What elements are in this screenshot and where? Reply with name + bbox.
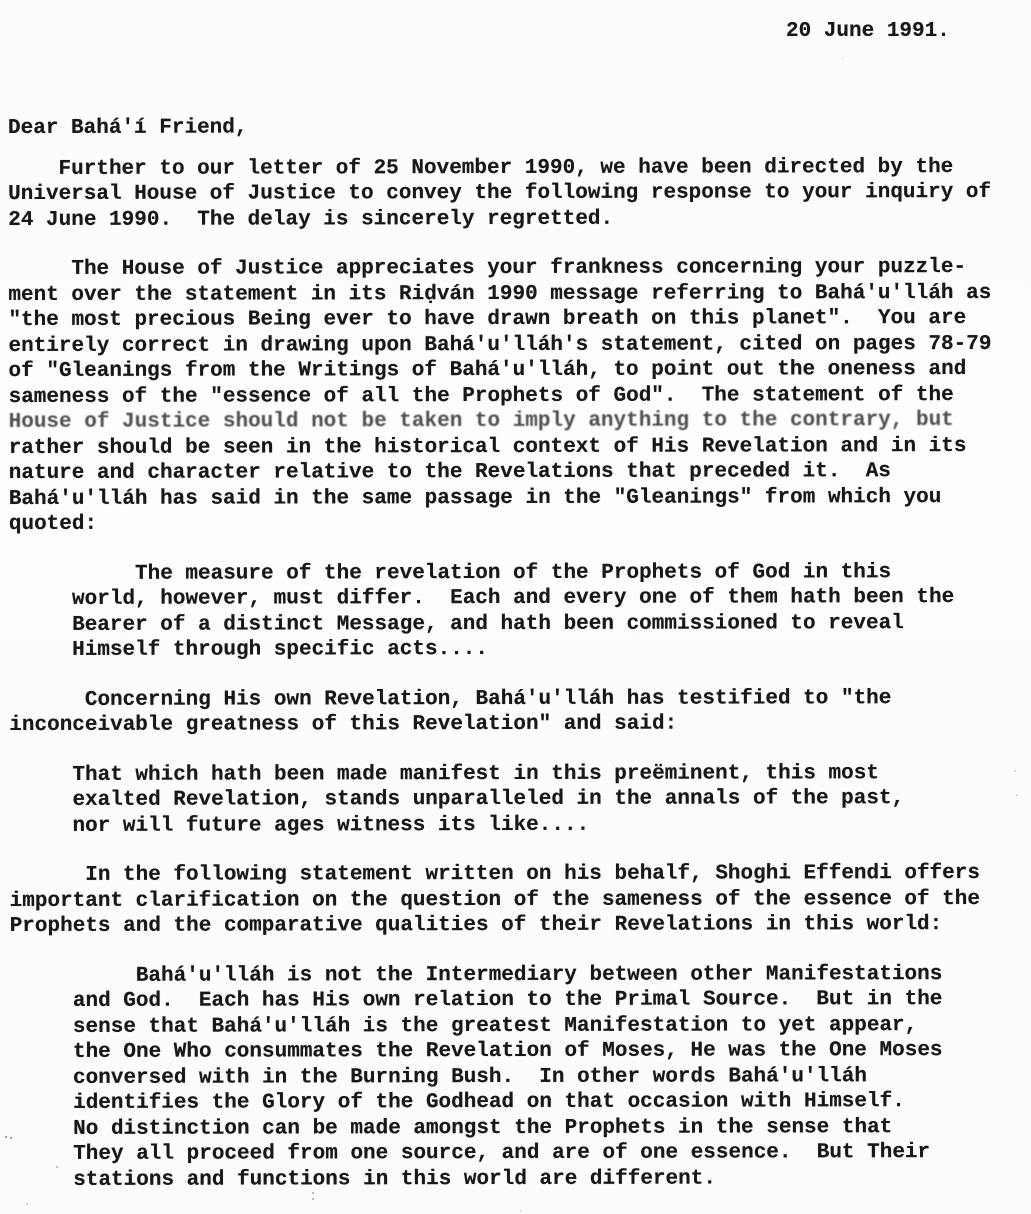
salutation: Dear Bahá'í Friend,: [8, 114, 991, 142]
letter-line: 24 June 1990. The delay is sincerely reg…: [8, 205, 991, 233]
quote-line: identifies the Glory of the Godhead on t…: [10, 1089, 993, 1117]
quote-line: exalted Revelation, stands unparalleled …: [9, 786, 992, 814]
letter-line: nature and character relative to the Rev…: [9, 459, 992, 487]
quote-line: That which hath been made manifest in th…: [9, 760, 992, 788]
quote-line: Himself through specific acts....: [9, 636, 992, 664]
letter-line: "the most precious Being ever to have dr…: [8, 306, 991, 334]
quote-line: Bearer of a distinct Message, and hath b…: [9, 610, 992, 638]
letter-line: inconceivable greatness of this Revelati…: [9, 711, 992, 739]
letter-line: important clarification on the question …: [10, 886, 993, 914]
letter-line: quoted:: [9, 510, 992, 538]
quote-line: The measure of the revelation of the Pro…: [9, 559, 992, 587]
letter-line: The House of Justice appreciates your fr…: [8, 255, 991, 283]
quote-preeminent-revelation: That which hath been made manifest in th…: [9, 760, 992, 839]
letter-line: In the following statement written on hi…: [10, 861, 993, 889]
letter-line: sameness of the "essence of all the Prop…: [9, 382, 992, 410]
letter-line: Bahá'u'lláh has said in the same passage…: [9, 484, 992, 512]
quote-line: conversed with in the Burning Bush. In o…: [10, 1063, 993, 1091]
quote-line: the One Who consummates the Revelation o…: [10, 1038, 993, 1066]
letter-date: 20 June 1991.: [786, 20, 950, 43]
paragraph-intro: Further to our letter of 25 November 199…: [8, 154, 991, 233]
letter-line: entirely correct in drawing upon Bahá'u'…: [8, 331, 991, 359]
paragraph-concerning-revelation: Concerning His own Revelation, Bahá'u'll…: [9, 685, 992, 738]
letter-line: ment over the statement in its Riḍván 19…: [8, 280, 991, 308]
quote-line: sense that Bahá'u'lláh is the greatest M…: [10, 1012, 993, 1040]
scanned-letter-page: 20 June 1991. Dear Bahá'í Friend, Furthe…: [0, 0, 1031, 1214]
quote-line: nor will future ages witness its like...…: [9, 811, 992, 839]
letter-line: Universal House of Justice to convey the…: [8, 180, 991, 208]
quote-line: Bahá'u'lláh is not the Intermediary betw…: [10, 961, 993, 989]
paragraph-shoghi-effendi: In the following statement written on hi…: [10, 861, 993, 940]
scan-speckles: [0, 0, 2, 2]
letter-line: of "Gleanings from the Writings of Bahá'…: [9, 357, 992, 385]
letter-line: rather should be seen in the historical …: [9, 433, 992, 461]
letter-line: Concerning His own Revelation, Bahá'u'll…: [9, 685, 992, 713]
letter-line-faded: House of Justice should not be taken to …: [9, 408, 992, 436]
quote-line: No distinction can be made amongst the P…: [10, 1114, 993, 1142]
quote-line: and God. Each has His own relation to th…: [10, 987, 993, 1015]
quote-line: stations and functions in this world are…: [10, 1165, 993, 1193]
quote-line: world, however, must differ. Each and ev…: [9, 585, 992, 613]
quote-intermediary: Bahá'u'lláh is not the Intermediary betw…: [10, 961, 993, 1193]
letter-line: Prophets and the comparative qualities o…: [10, 912, 993, 940]
letter-body: Dear Bahá'í Friend, Further to our lette…: [8, 114, 993, 1193]
paragraph-house-of-justice: The House of Justice appreciates your fr…: [8, 255, 992, 538]
letter-line: Further to our letter of 25 November 199…: [8, 154, 991, 182]
quote-line: They all proceed from one source, and ar…: [10, 1140, 993, 1168]
quote-measure-of-revelation: The measure of the revelation of the Pro…: [9, 559, 992, 663]
